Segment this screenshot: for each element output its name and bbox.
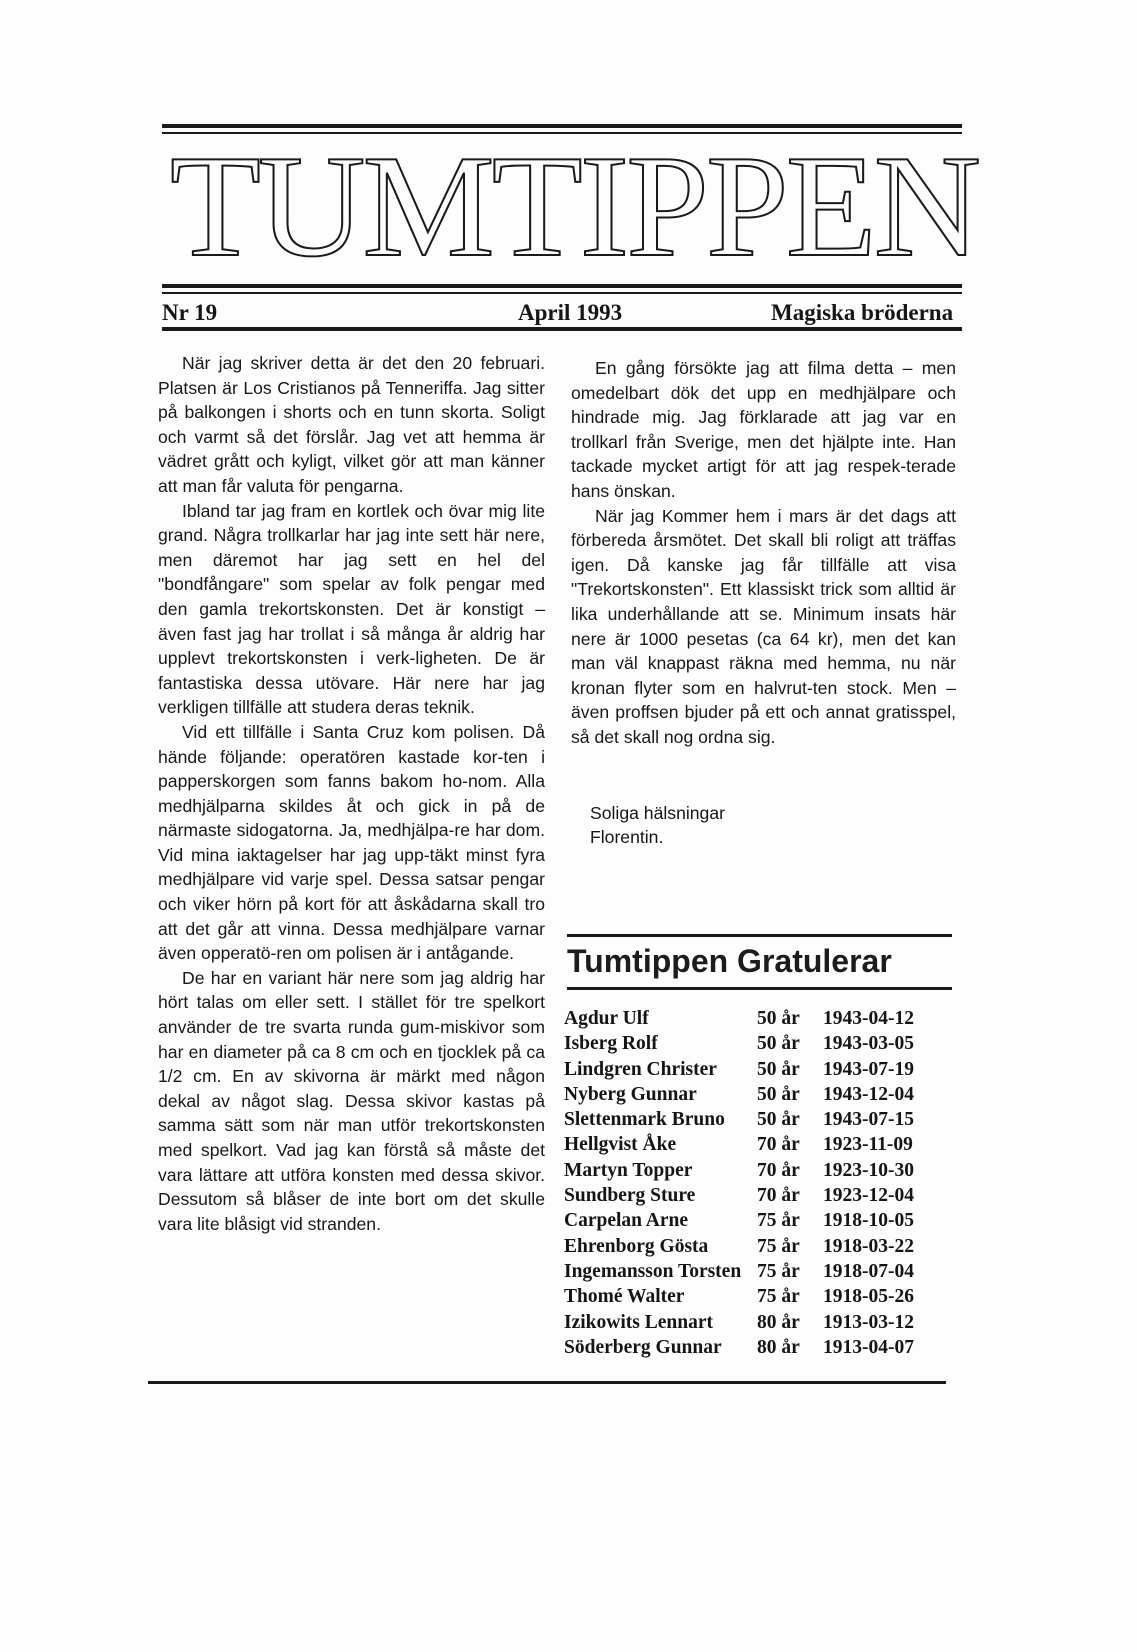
age-cell: 50 år xyxy=(757,1082,823,1107)
name-cell: Agdur Ulf xyxy=(564,1006,757,1031)
masthead-mid-rule-thick xyxy=(162,284,962,288)
table-row: Thomé Walter75 år1918-05-26 xyxy=(564,1284,959,1309)
date-cell: 1943-03-05 xyxy=(823,1031,959,1056)
age-cell: 70 år xyxy=(757,1158,823,1183)
age-cell: 80 år xyxy=(757,1335,823,1360)
date-cell: 1918-07-04 xyxy=(823,1259,959,1284)
name-cell: Nyberg Gunnar xyxy=(564,1082,757,1107)
masthead-title: TUMTIPPEN xyxy=(170,146,986,266)
name-cell: Izikowits Lennart xyxy=(564,1310,757,1335)
age-cell: 75 år xyxy=(757,1259,823,1284)
age-cell: 50 år xyxy=(757,1107,823,1132)
date-cell: 1943-12-04 xyxy=(823,1082,959,1107)
age-cell: 75 år xyxy=(757,1208,823,1233)
age-cell: 80 år xyxy=(757,1310,823,1335)
table-row: Nyberg Gunnar50 år1943-12-04 xyxy=(564,1082,959,1107)
name-cell: Söderberg Gunnar xyxy=(564,1335,757,1360)
date-cell: 1923-11-09 xyxy=(823,1132,959,1157)
table-row: Ehrenborg Gösta75 år1918-03-22 xyxy=(564,1234,959,1259)
date-cell: 1918-05-26 xyxy=(823,1284,959,1309)
age-cell: 50 år xyxy=(757,1031,823,1056)
article-paragraph: När jag skriver detta är det den 20 febr… xyxy=(158,351,545,499)
date-cell: 1918-10-05 xyxy=(823,1208,959,1233)
table-row: Söderberg Gunnar80 år1913-04-07 xyxy=(564,1335,959,1360)
congrats-top-rule xyxy=(567,934,952,937)
congrats-title-rule xyxy=(567,987,952,990)
name-cell: Carpelan Arne xyxy=(564,1208,757,1233)
article-paragraph: När jag Kommer hem i mars är det dags at… xyxy=(571,504,956,750)
age-cell: 70 år xyxy=(757,1132,823,1157)
article-paragraph: En gång försökte jag att filma detta – m… xyxy=(571,356,956,504)
age-cell: 50 år xyxy=(757,1057,823,1082)
date-cell: 1923-10-30 xyxy=(823,1158,959,1183)
name-cell: Lindgren Christer xyxy=(564,1057,757,1082)
article-paragraph: Vid ett tillfälle i Santa Cruz kom polis… xyxy=(158,720,545,966)
age-cell: 75 år xyxy=(757,1234,823,1259)
newsletter-page: TUMTIPPEN Nr 19 April 1993 Magiska bröde… xyxy=(0,0,1137,1652)
article-signoff: Soliga hälsningar Florentin. xyxy=(590,801,725,849)
article-paragraph: Ibland tar jag fram en kortlek och övar … xyxy=(158,499,545,720)
name-cell: Ehrenborg Gösta xyxy=(564,1234,757,1259)
date-cell: 1913-04-07 xyxy=(823,1335,959,1360)
date-cell: 1943-07-15 xyxy=(823,1107,959,1132)
date-cell: 1943-04-12 xyxy=(823,1006,959,1031)
publisher-name: Magiska bröderna xyxy=(771,300,953,326)
name-cell: Thomé Walter xyxy=(564,1284,757,1309)
issue-number: Nr 19 xyxy=(162,300,217,326)
date-cell: 1943-07-19 xyxy=(823,1057,959,1082)
table-row: Carpelan Arne75 år1918-10-05 xyxy=(564,1208,959,1233)
table-row: Lindgren Christer50 år1943-07-19 xyxy=(564,1057,959,1082)
article-right-column: En gång försökte jag att filma detta – m… xyxy=(571,356,956,750)
article-paragraph: De har en variant här nere som jag aldri… xyxy=(158,966,545,1237)
table-row: Izikowits Lennart80 år1913-03-12 xyxy=(564,1310,959,1335)
name-cell: Ingemansson Torsten xyxy=(564,1259,757,1284)
signoff-greeting: Soliga hälsningar xyxy=(590,801,725,825)
issue-date: April 1993 xyxy=(518,300,622,326)
date-cell: 1913-03-12 xyxy=(823,1310,959,1335)
table-row: Isberg Rolf50 år1943-03-05 xyxy=(564,1031,959,1056)
date-cell: 1923-12-04 xyxy=(823,1183,959,1208)
table-row: Hellgvist Åke70 år1923-11-09 xyxy=(564,1132,959,1157)
table-row: Martyn Topper70 år1923-10-30 xyxy=(564,1158,959,1183)
table-row: Sundberg Sture70 år1923-12-04 xyxy=(564,1183,959,1208)
name-cell: Sundberg Sture xyxy=(564,1183,757,1208)
name-cell: Isberg Rolf xyxy=(564,1031,757,1056)
table-row: Ingemansson Torsten75 år1918-07-04 xyxy=(564,1259,959,1284)
name-cell: Slettenmark Bruno xyxy=(564,1107,757,1132)
signoff-author: Florentin. xyxy=(590,825,725,849)
table-row: Slettenmark Bruno50 år1943-07-15 xyxy=(564,1107,959,1132)
congrats-title: Tumtippen Gratulerar xyxy=(567,942,892,980)
age-cell: 50 år xyxy=(757,1006,823,1031)
age-cell: 75 år xyxy=(757,1284,823,1309)
birthday-table: Agdur Ulf50 år1943-04-12 Isberg Rolf50 å… xyxy=(564,1006,959,1360)
masthead-bottom-rule xyxy=(162,327,962,331)
table-row: Agdur Ulf50 år1943-04-12 xyxy=(564,1006,959,1031)
page-bottom-rule xyxy=(148,1381,946,1384)
article-left-column: När jag skriver detta är det den 20 febr… xyxy=(158,351,545,1236)
date-cell: 1918-03-22 xyxy=(823,1234,959,1259)
masthead-mid-rule-thin xyxy=(162,292,962,294)
age-cell: 70 år xyxy=(757,1183,823,1208)
name-cell: Martyn Topper xyxy=(564,1158,757,1183)
name-cell: Hellgvist Åke xyxy=(564,1132,757,1157)
